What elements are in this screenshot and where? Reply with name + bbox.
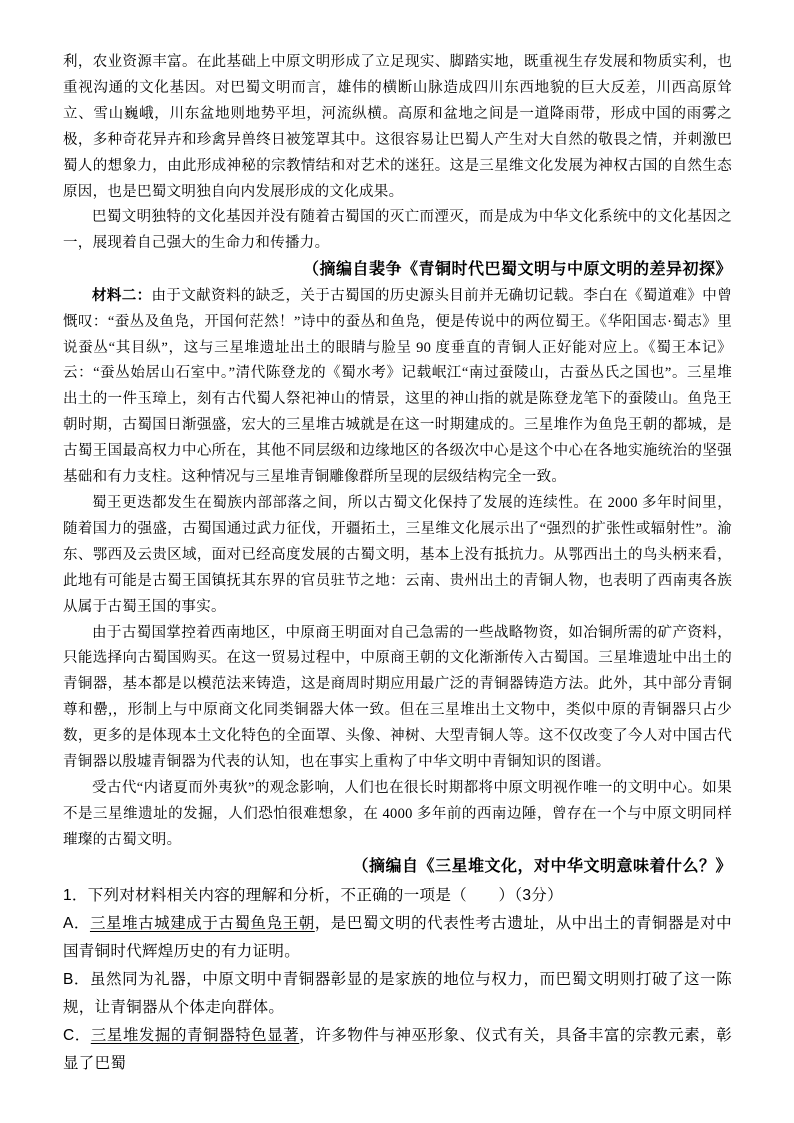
- material-two-paragraph-4: 受古代“内诸夏而外夷狄”的观念影响，人们也在很长时期都将中原文明视作唯一的文明中…: [63, 776, 732, 854]
- material-two-label: 材料二：: [92, 288, 152, 304]
- option-b-text: 虽然同为礼器，中原文明中青铜器彰显的是家族的地位与权力，而巴蜀文明则打破了这一陈…: [63, 971, 732, 1016]
- material-one-closing-paragraph: 巴蜀文明独特的文化基因并没有随着古蜀国的灭亡而湮灭，而是成为中华文化系统中的文化…: [63, 205, 732, 257]
- option-c-prefix: C．: [63, 1027, 91, 1044]
- option-b-prefix: B．: [63, 971, 90, 988]
- question-option-b: B．虽然同为礼器，中原文明中青铜器彰显的是家族的地位与权力，而巴蜀文明则打破了这…: [63, 966, 732, 1022]
- option-a-underlined-phrase: 三星堆古城建成于古蜀鱼凫王朝: [90, 915, 315, 932]
- question-section: 1．下列对材料相关内容的理解和分析，不正确的一项是（ ）（3分） A．三星堆古城…: [63, 882, 732, 1078]
- material-two-paragraph-1: 材料二：由于文献资料的缺乏，关于古蜀国的历史源头目前并无确切记载。李白在《蜀道难…: [63, 284, 732, 491]
- material-one-attribution: （摘编自裴争《青铜时代巴蜀文明与中原文明的差异初探》: [63, 257, 732, 284]
- material-one-section: 利，农业资源丰富。在此基础上中原文明形成了立足现实、脚踏实地，既重视生存发展和物…: [63, 50, 732, 880]
- material-two-paragraph-1-text: 由于文献资料的缺乏，关于古蜀国的历史源头目前并无确切记载。李白在《蜀道难》中曾慨…: [63, 288, 732, 485]
- option-a-prefix: A．: [63, 915, 90, 932]
- option-c-underlined-phrase: 三星堆发掘的青铜器特色显著: [91, 1027, 299, 1044]
- exam-document-page: 利，农业资源丰富。在此基础上中原文明形成了立足现实、脚踏实地，既重视生存发展和物…: [0, 0, 794, 1123]
- material-one-continuation-paragraph: 利，农业资源丰富。在此基础上中原文明形成了立足现实、脚踏实地，既重视生存发展和物…: [63, 50, 732, 205]
- question-option-c: C．三星堆发掘的青铜器特色显著，许多物件与神巫形象、仪式有关，具备丰富的宗教元素…: [63, 1022, 732, 1078]
- material-two-paragraph-3: 由于古蜀国掌控着西南地区，中原商王明面对自己急需的一些战略物资，如冶铜所需的矿产…: [63, 621, 732, 776]
- material-two-paragraph-2: 蜀王更迭都发生在蜀族内部部落之间，所以古蜀文化保持了发展的连续性。在 2000 …: [63, 491, 732, 621]
- question-stem: 1．下列对材料相关内容的理解和分析，不正确的一项是（ ）（3分）: [63, 882, 732, 910]
- material-two-attribution: （摘编自《三星堆文化，对中华文明意味着什么？》: [63, 854, 732, 881]
- question-option-a: A．三星堆古城建成于古蜀鱼凫王朝，是巴蜀文明的代表性考古遗址，从中出土的青铜器是…: [63, 910, 732, 966]
